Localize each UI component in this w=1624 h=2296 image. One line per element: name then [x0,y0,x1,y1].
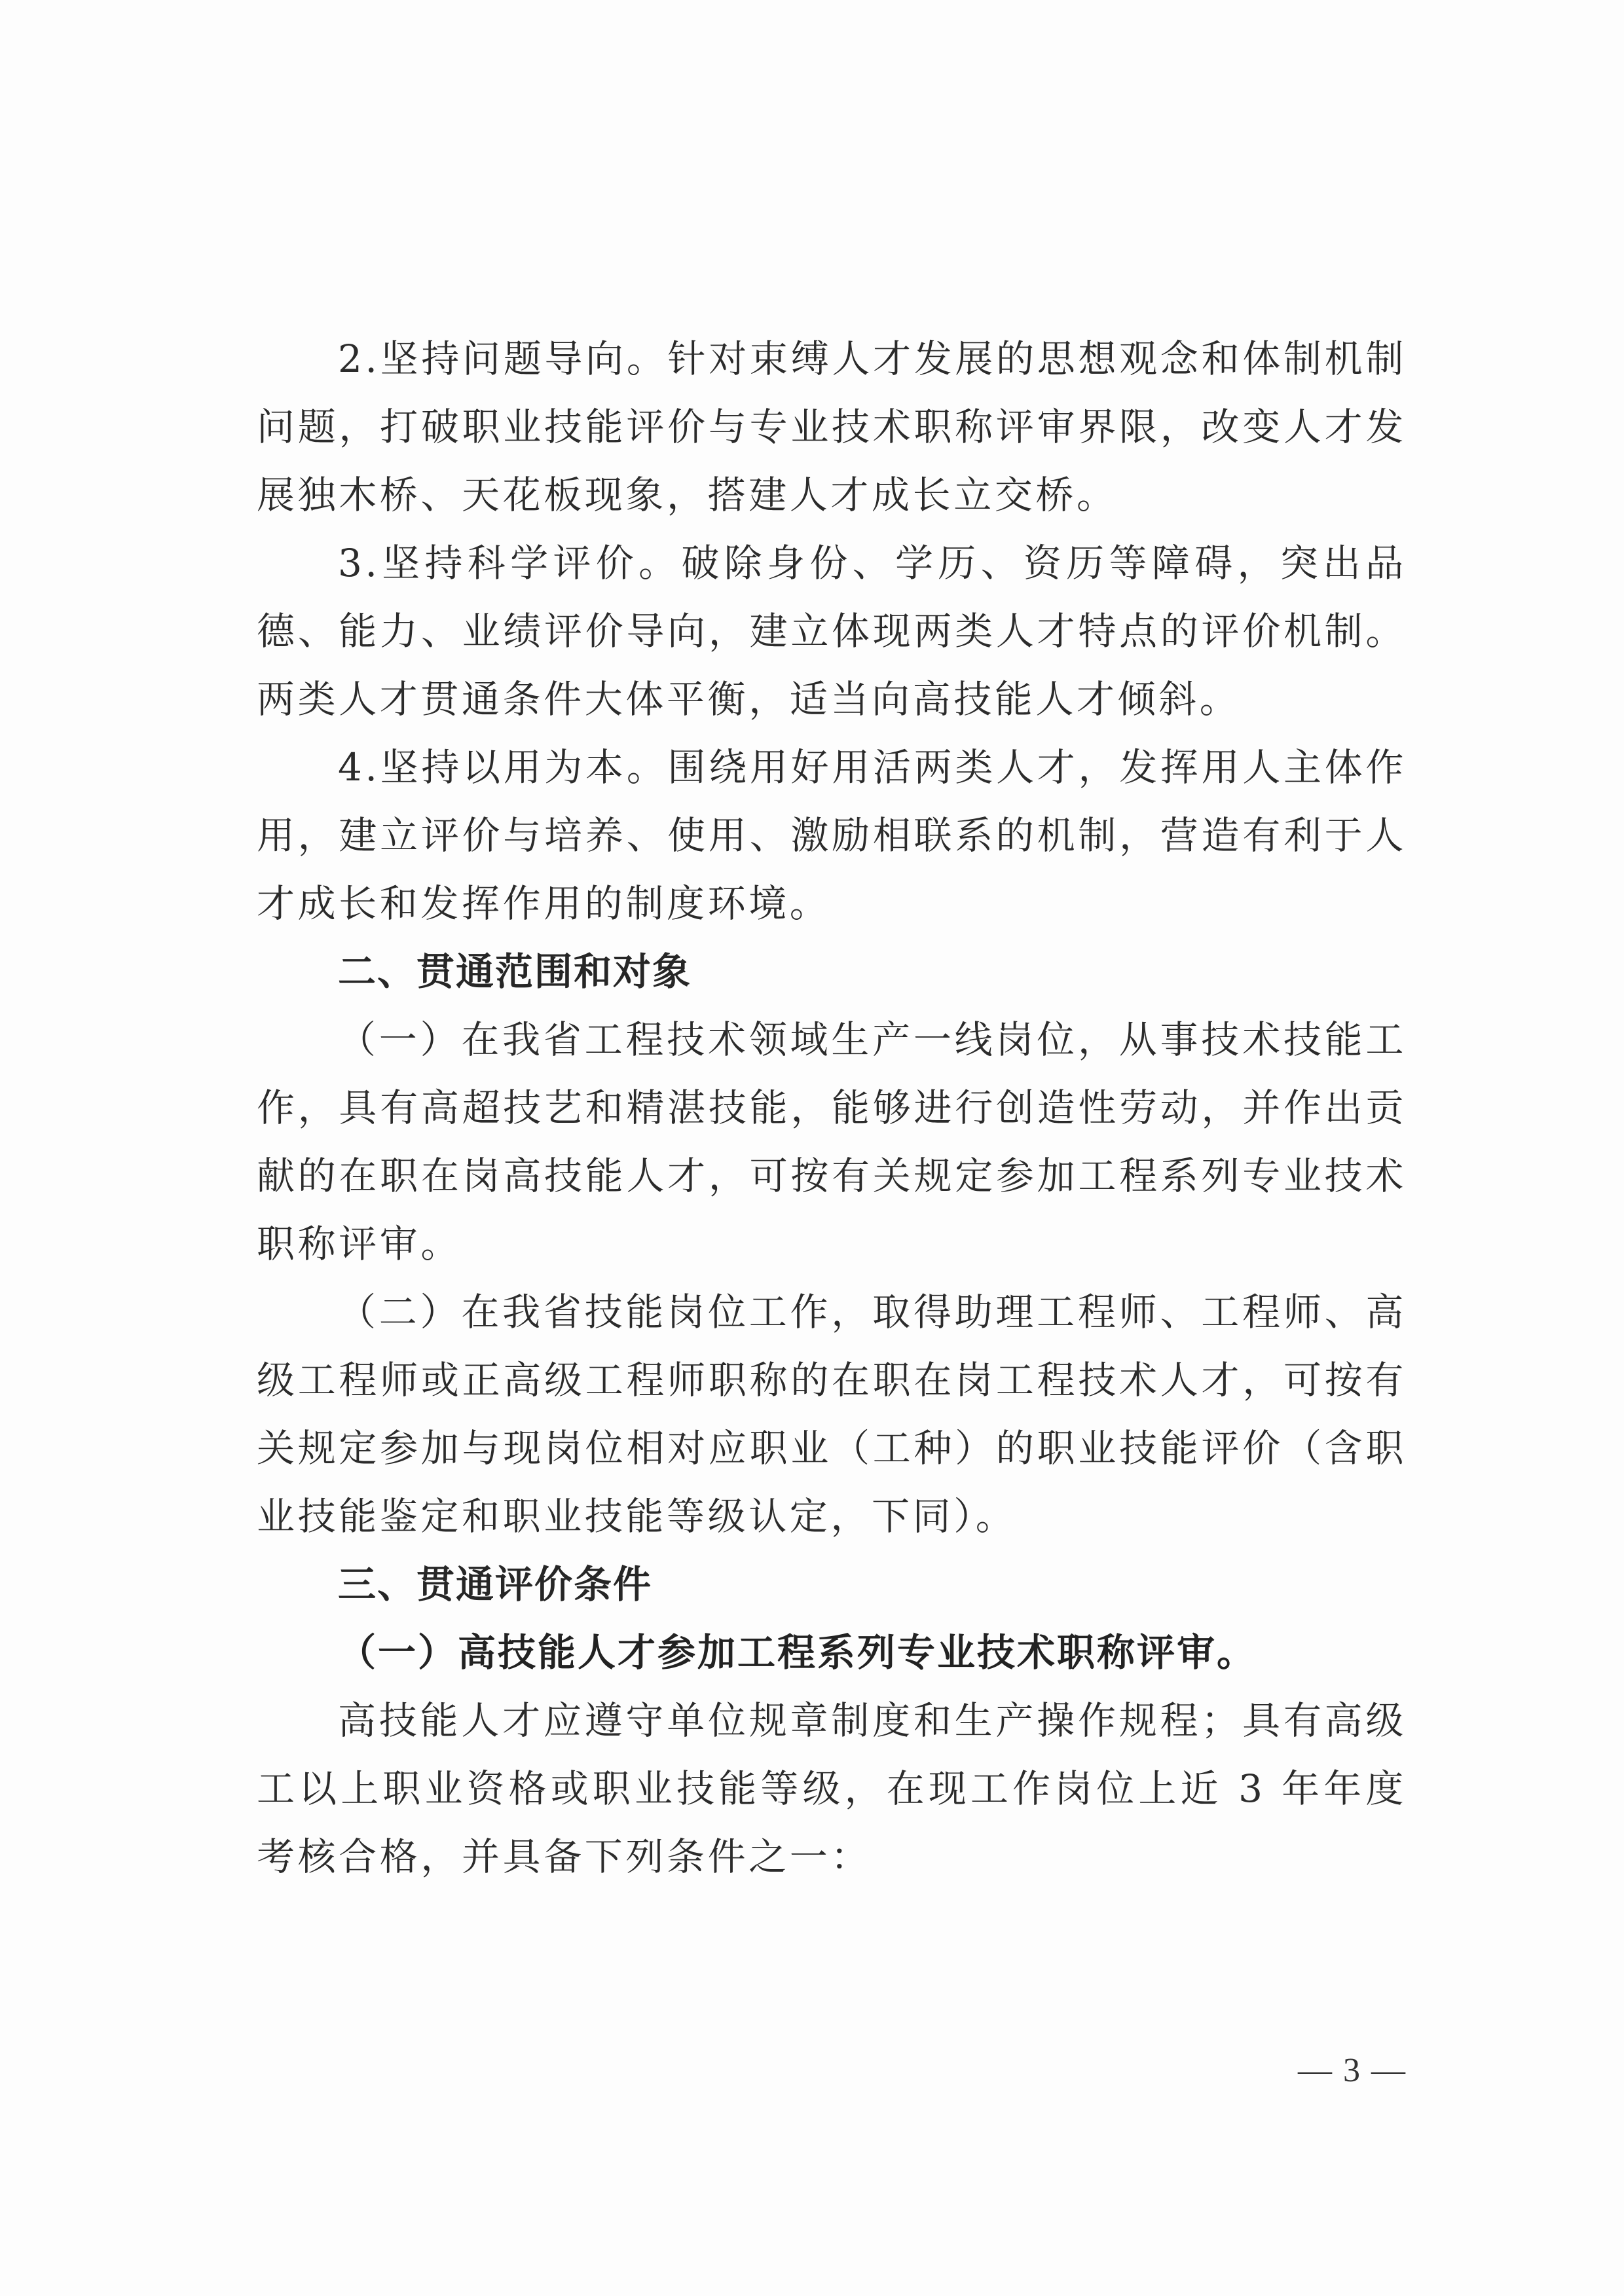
paragraph-principle-people-oriented: 4.坚持以用为本。围绕用好用活两类人才，发挥用人主体作用，建立评价与培养、使用、… [257,733,1407,938]
subsection-heading-high-skill-talent: （一）高技能人才参加工程系列专业技术职称评审。 [257,1618,1407,1686]
paragraph-principle-scientific-evaluation: 3.坚持科学评价。破除身份、学历、资历等障碍，突出品德、能力、业绩评价导向，建立… [257,529,1407,733]
paragraph-scope-item-1: （一）在我省工程技术领域生产一线岗位，从事技术技能工作，具有高超技艺和精湛技能，… [257,1006,1407,1278]
section-heading-scope: 二、贯通范围和对象 [257,938,1407,1006]
paragraph-conditions-intro: 高技能人才应遵守单位规章制度和生产操作规程；具有高级工以上职业资格或职业技能等级… [257,1686,1407,1891]
paragraph-scope-item-2: （二）在我省技能岗位工作，取得助理工程师、工程师、高级工程师或正高级工程师职称的… [257,1278,1407,1550]
section-heading-conditions: 三、贯通评价条件 [257,1550,1407,1618]
document-page: 2.坚持问题导向。针对束缚人才发展的思想观念和体制机制问题，打破职业技能评价与专… [0,0,1624,2296]
page-number: — 3 — [1276,2048,1407,2094]
paragraph-principle-problem-orientation: 2.坚持问题导向。针对束缚人才发展的思想观念和体制机制问题，打破职业技能评价与专… [257,325,1407,529]
document-body: 2.坚持问题导向。针对束缚人才发展的思想观念和体制机制问题，打破职业技能评价与专… [257,325,1407,1891]
